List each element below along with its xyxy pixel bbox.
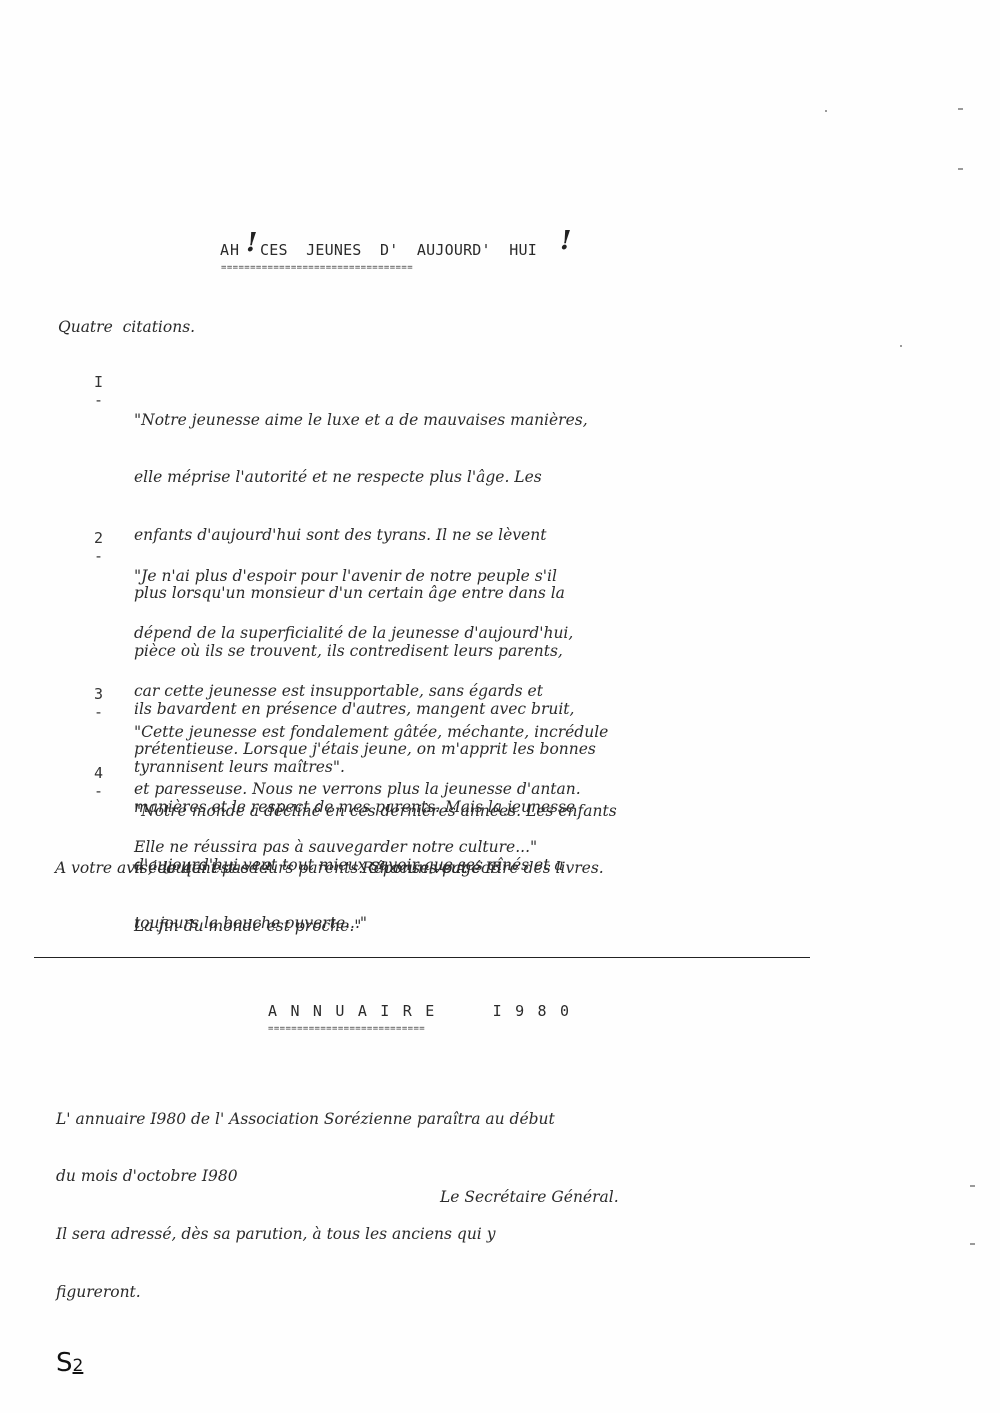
scan-mark [825,110,827,112]
scan-mark [900,345,902,347]
page-marker-letter: S [56,1348,73,1378]
quote-line: "Notre jeunesse aime le luxe et a de mau… [134,411,588,430]
quote-number: 4 - [94,764,103,800]
question-text: A votre avis, de qui est-ce ? [55,859,271,878]
scan-mark [970,1185,975,1187]
answers-reference: Réponses page I3 [362,859,501,878]
quote-line: "Notre monde a décliné en ces dernières … [134,802,617,821]
quote-number: I - [94,373,103,409]
section-divider [34,957,810,958]
intro-text: Quatre citations. [58,318,195,337]
paragraph-line: figureront. [56,1283,555,1302]
exclamation-mark-end: ! [560,226,571,256]
paragraph-line: Il sera adressé, dès sa parution, à tous… [56,1225,555,1244]
quote-line: "Je n'ai plus d'espoir pour l'avenir de … [134,567,596,586]
exclamation-mark: ! [246,228,257,258]
scan-mark [958,168,963,170]
quote-number: 3 - [94,685,103,721]
scan-mark [970,1243,975,1245]
quote-line: "Cette jeunesse est fondalement gâtée, m… [134,723,608,742]
title-prefix: AH [220,241,240,259]
section2-title-underline: =========================== [268,1024,425,1034]
scan-mark [958,108,963,110]
quote-number: 2 - [94,529,103,565]
signature: Le Secrétaire Général. [440,1188,619,1207]
section1-title-underline: ================================= [221,263,413,273]
page-marker: S2 [56,1348,83,1378]
section2-title: A N N U A I R E I 9 8 0 [268,1002,571,1020]
quote-line: elle méprise l'autorité et ne respecte p… [134,468,588,487]
quote-line: La fin du monde est proche." [134,917,617,936]
quote-line: dépend de la superficialité de la jeunes… [134,624,596,643]
paragraph-line: L' annuaire I980 de l' Association Soréz… [56,1110,555,1129]
title-main: CES JEUNES D' AUJOURD' HUI [260,241,537,259]
document-page: AH ! CES JEUNES D' AUJOURD' HUI ! ======… [0,0,1000,1413]
page-marker-number: 2 [73,1356,84,1376]
paragraph-line: du mois d'octobre I980 [56,1167,555,1186]
